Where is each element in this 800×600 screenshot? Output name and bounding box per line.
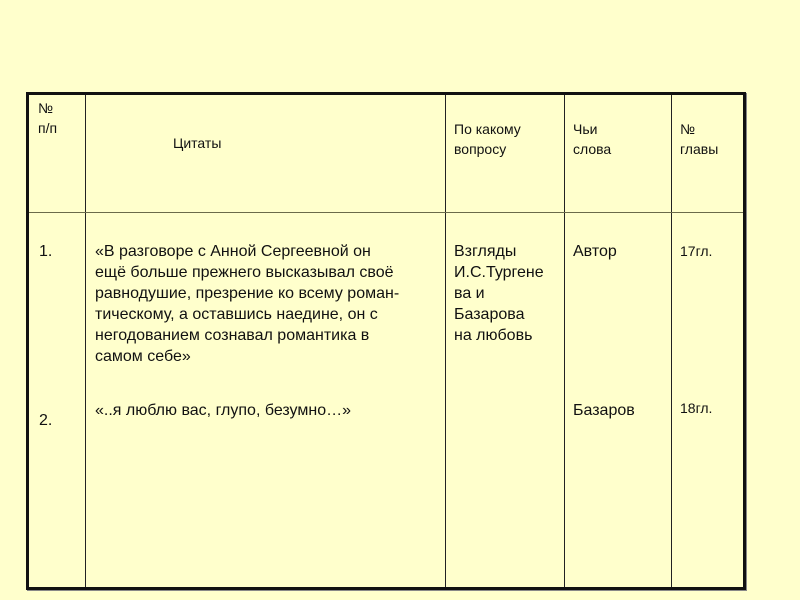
row-1-question: ВзглядыИ.С.Тургенева и Базарована любовь	[454, 241, 544, 346]
column-divider	[445, 95, 446, 587]
column-divider	[671, 95, 672, 587]
header-divider	[29, 212, 743, 213]
header-whose-words: Чьислова	[573, 119, 611, 159]
row-2-num: 2.	[39, 410, 52, 431]
header-quotes: Цитаты	[173, 133, 221, 153]
row-2-chapter: 18гл.	[680, 398, 712, 418]
column-divider	[85, 95, 86, 587]
quotes-table: №п/п Цитаты По какомувопросу Чьислова №г…	[26, 92, 746, 590]
header-chapter: №главы	[680, 119, 718, 159]
row-1-quote: «В разговоре с Анной Сергеевной онещё бо…	[95, 241, 399, 367]
row-1-chapter: 17гл.	[680, 241, 712, 261]
row-2-whose: Базаров	[573, 400, 635, 421]
row-2-quote: «..я люблю вас, глупо, безумно…»	[95, 400, 351, 421]
header-question: По какомувопросу	[454, 119, 521, 159]
header-num: №п/п	[38, 98, 57, 138]
row-1-num: 1.	[39, 241, 52, 262]
row-1-whose: Автор	[573, 241, 617, 262]
column-divider	[564, 95, 565, 587]
